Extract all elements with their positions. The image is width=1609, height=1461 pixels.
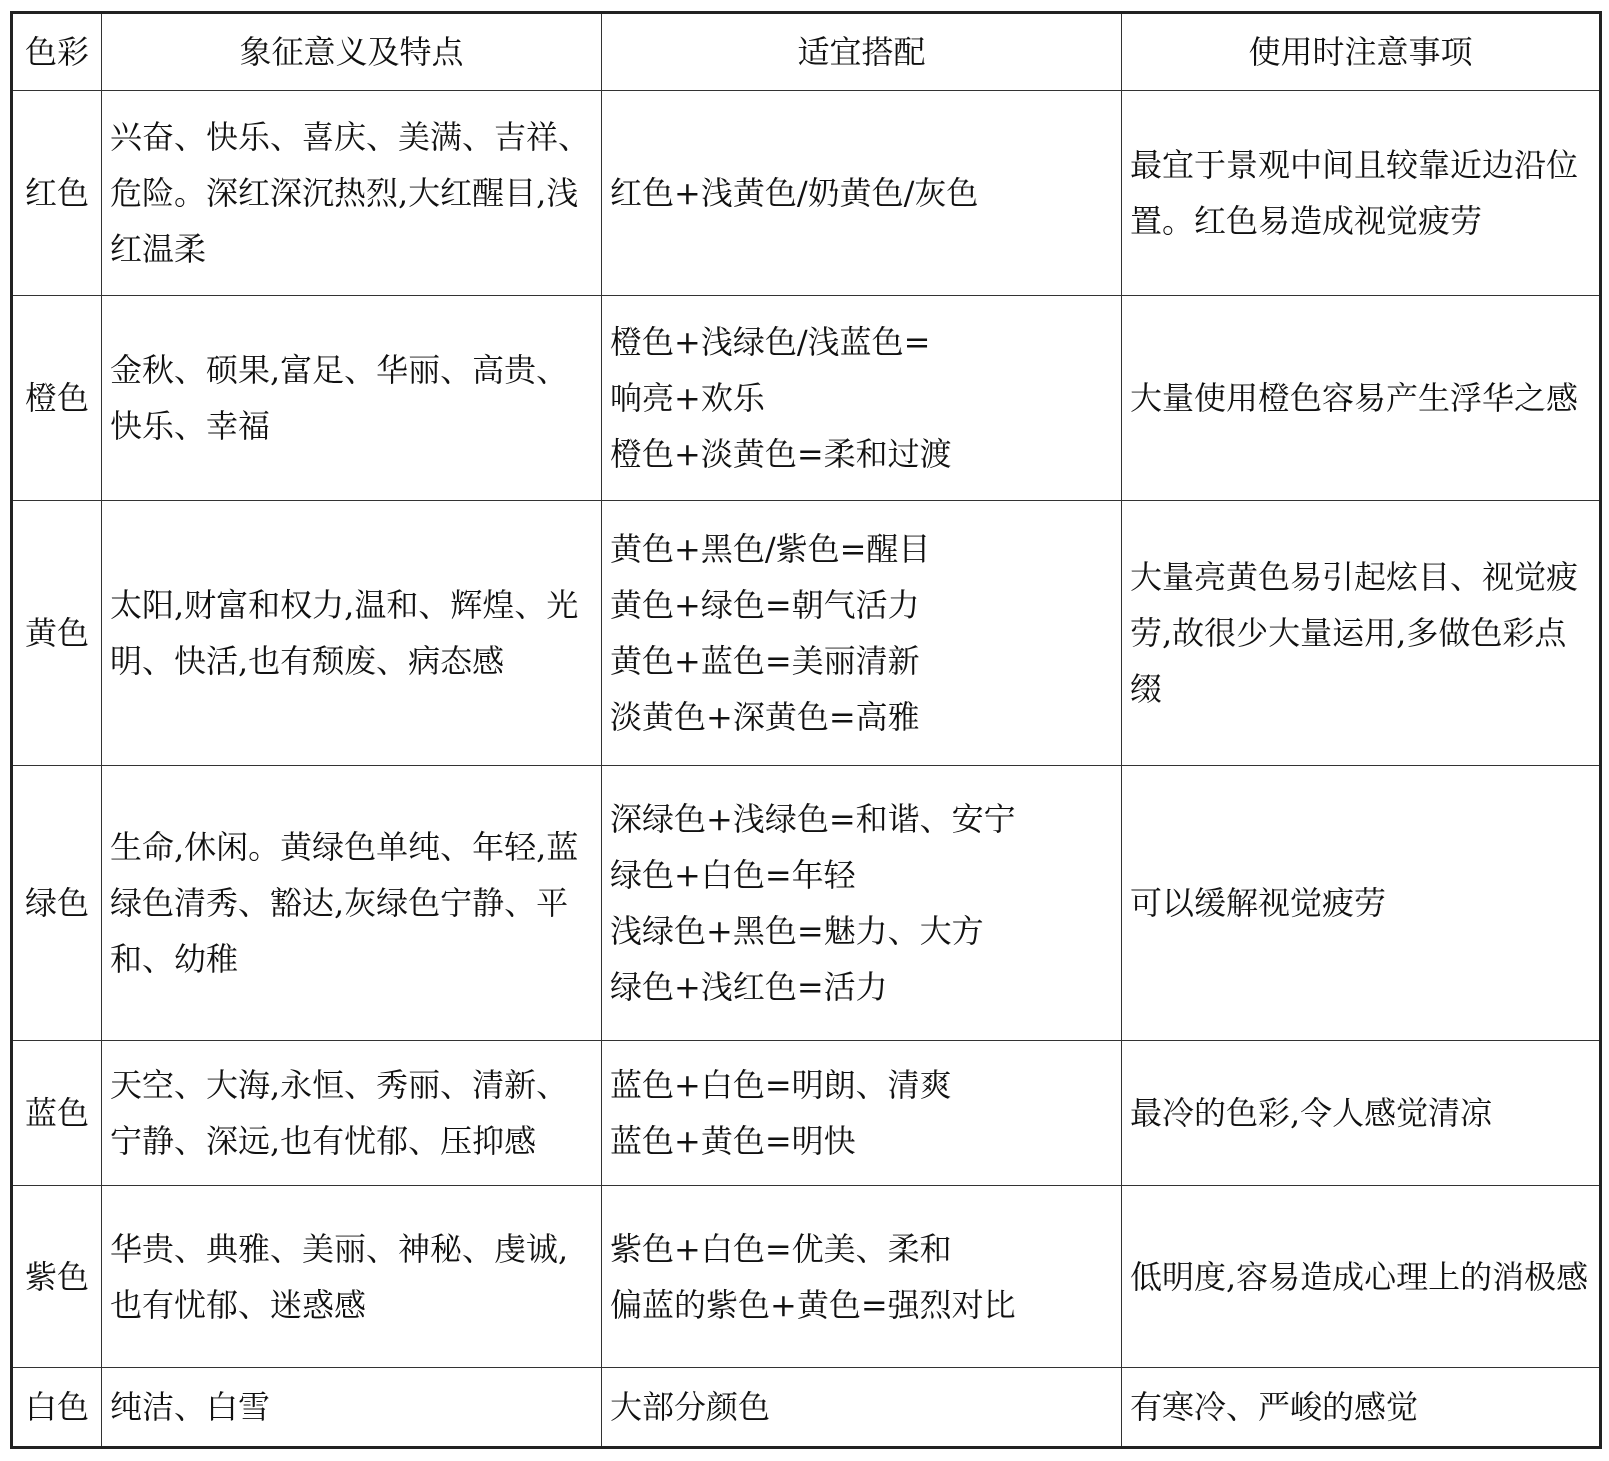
header-row: 色彩 象征意义及特点 适宜搭配 使用时注意事项 [12, 13, 1601, 91]
pairing-line: 橙色+浅绿色/浅蓝色= [610, 314, 1113, 370]
color-name: 绿色 [12, 766, 102, 1041]
pairing-cell: 深绿色+浅绿色=和谐、安宁 绿色+白色=年轻 浅绿色+黑色=魅力、大方 绿色+浅… [602, 766, 1122, 1041]
pairing-line: 绿色+浅红色=活力 [610, 959, 1113, 1015]
table-row-white: 白色 纯洁、白雪 大部分颜色 有寒冷、严峻的感觉 [12, 1368, 1601, 1448]
table-row-blue: 蓝色 天空、大海,永恒、秀丽、清新、宁静、深远,也有忧郁、压抑感 蓝色+白色=明… [12, 1041, 1601, 1186]
notes-cell: 最宜于景观中间且较靠近边沿位置。红色易造成视觉疲劳 [1122, 91, 1601, 296]
pairing-line: 橙色+淡黄色=柔和过渡 [610, 426, 1113, 482]
pairing-line: 蓝色+白色=明朗、清爽 [610, 1057, 1113, 1113]
color-symbolism-table: 色彩 象征意义及特点 适宜搭配 使用时注意事项 红色 兴奋、快乐、喜庆、美满、吉… [10, 11, 1602, 1449]
notes-cell: 大量亮黄色易引起炫目、视觉疲劳,故很少大量运用,多做色彩点缀 [1122, 501, 1601, 766]
pairing-cell: 红色+浅黄色/奶黄色/灰色 [602, 91, 1122, 296]
notes-cell: 最冷的色彩,令人感觉清凉 [1122, 1041, 1601, 1186]
meaning-cell: 太阳,财富和权力,温和、辉煌、光明、快活,也有颓废、病态感 [102, 501, 602, 766]
table-row-orange: 橙色 金秋、硕果,富足、华丽、高贵、快乐、幸福 橙色+浅绿色/浅蓝色= 响亮+欢… [12, 296, 1601, 501]
pairing-cell: 黄色+黑色/紫色=醒目 黄色+绿色=朝气活力 黄色+蓝色=美丽清新 淡黄色+深黄… [602, 501, 1122, 766]
pairing-line: 紫色+白色=优美、柔和 [610, 1221, 1113, 1277]
pairing-cell: 紫色+白色=优美、柔和 偏蓝的紫色+黄色=强烈对比 [602, 1186, 1122, 1368]
pairing-line: 深绿色+浅绿色=和谐、安宁 [610, 791, 1113, 847]
meaning-cell: 华贵、典雅、美丽、神秘、虔诚,也有忧郁、迷惑感 [102, 1186, 602, 1368]
color-name: 橙色 [12, 296, 102, 501]
notes-cell: 可以缓解视觉疲劳 [1122, 766, 1601, 1041]
pairing-cell: 大部分颜色 [602, 1368, 1122, 1448]
notes-cell: 低明度,容易造成心理上的消极感 [1122, 1186, 1601, 1368]
pairing-cell: 蓝色+白色=明朗、清爽 蓝色+黄色=明快 [602, 1041, 1122, 1186]
meaning-cell: 生命,休闲。黄绿色单纯、年轻,蓝绿色清秀、豁达,灰绿色宁静、平和、幼稚 [102, 766, 602, 1041]
header-notes: 使用时注意事项 [1122, 13, 1601, 91]
pairing-line: 响亮+欢乐 [610, 370, 1113, 426]
pairing-line: 红色+浅黄色/奶黄色/灰色 [610, 165, 1113, 221]
color-name: 白色 [12, 1368, 102, 1448]
meaning-cell: 纯洁、白雪 [102, 1368, 602, 1448]
notes-cell: 大量使用橙色容易产生浮华之感 [1122, 296, 1601, 501]
header-pairing: 适宜搭配 [602, 13, 1122, 91]
table-row-green: 绿色 生命,休闲。黄绿色单纯、年轻,蓝绿色清秀、豁达,灰绿色宁静、平和、幼稚 深… [12, 766, 1601, 1041]
pairing-line: 黄色+绿色=朝气活力 [610, 577, 1113, 633]
color-name: 黄色 [12, 501, 102, 766]
pairing-cell: 橙色+浅绿色/浅蓝色= 响亮+欢乐 橙色+淡黄色=柔和过渡 [602, 296, 1122, 501]
notes-cell: 有寒冷、严峻的感觉 [1122, 1368, 1601, 1448]
table-row-yellow: 黄色 太阳,财富和权力,温和、辉煌、光明、快活,也有颓废、病态感 黄色+黑色/紫… [12, 501, 1601, 766]
pairing-line: 蓝色+黄色=明快 [610, 1113, 1113, 1169]
pairing-line: 黄色+蓝色=美丽清新 [610, 633, 1113, 689]
meaning-cell: 兴奋、快乐、喜庆、美满、吉祥、危险。深红深沉热烈,大红醒目,浅红温柔 [102, 91, 602, 296]
pairing-line: 淡黄色+深黄色=高雅 [610, 689, 1113, 745]
table-row-red: 红色 兴奋、快乐、喜庆、美满、吉祥、危险。深红深沉热烈,大红醒目,浅红温柔 红色… [12, 91, 1601, 296]
header-color: 色彩 [12, 13, 102, 91]
pairing-line: 偏蓝的紫色+黄色=强烈对比 [610, 1277, 1113, 1333]
color-name: 红色 [12, 91, 102, 296]
color-name: 蓝色 [12, 1041, 102, 1186]
color-name: 紫色 [12, 1186, 102, 1368]
meaning-cell: 金秋、硕果,富足、华丽、高贵、快乐、幸福 [102, 296, 602, 501]
pairing-line: 黄色+黑色/紫色=醒目 [610, 521, 1113, 577]
pairing-line: 大部分颜色 [610, 1379, 1113, 1435]
pairing-line: 绿色+白色=年轻 [610, 847, 1113, 903]
pairing-line: 浅绿色+黑色=魅力、大方 [610, 903, 1113, 959]
meaning-cell: 天空、大海,永恒、秀丽、清新、宁静、深远,也有忧郁、压抑感 [102, 1041, 602, 1186]
header-meaning: 象征意义及特点 [102, 13, 602, 91]
table-row-purple: 紫色 华贵、典雅、美丽、神秘、虔诚,也有忧郁、迷惑感 紫色+白色=优美、柔和 偏… [12, 1186, 1601, 1368]
